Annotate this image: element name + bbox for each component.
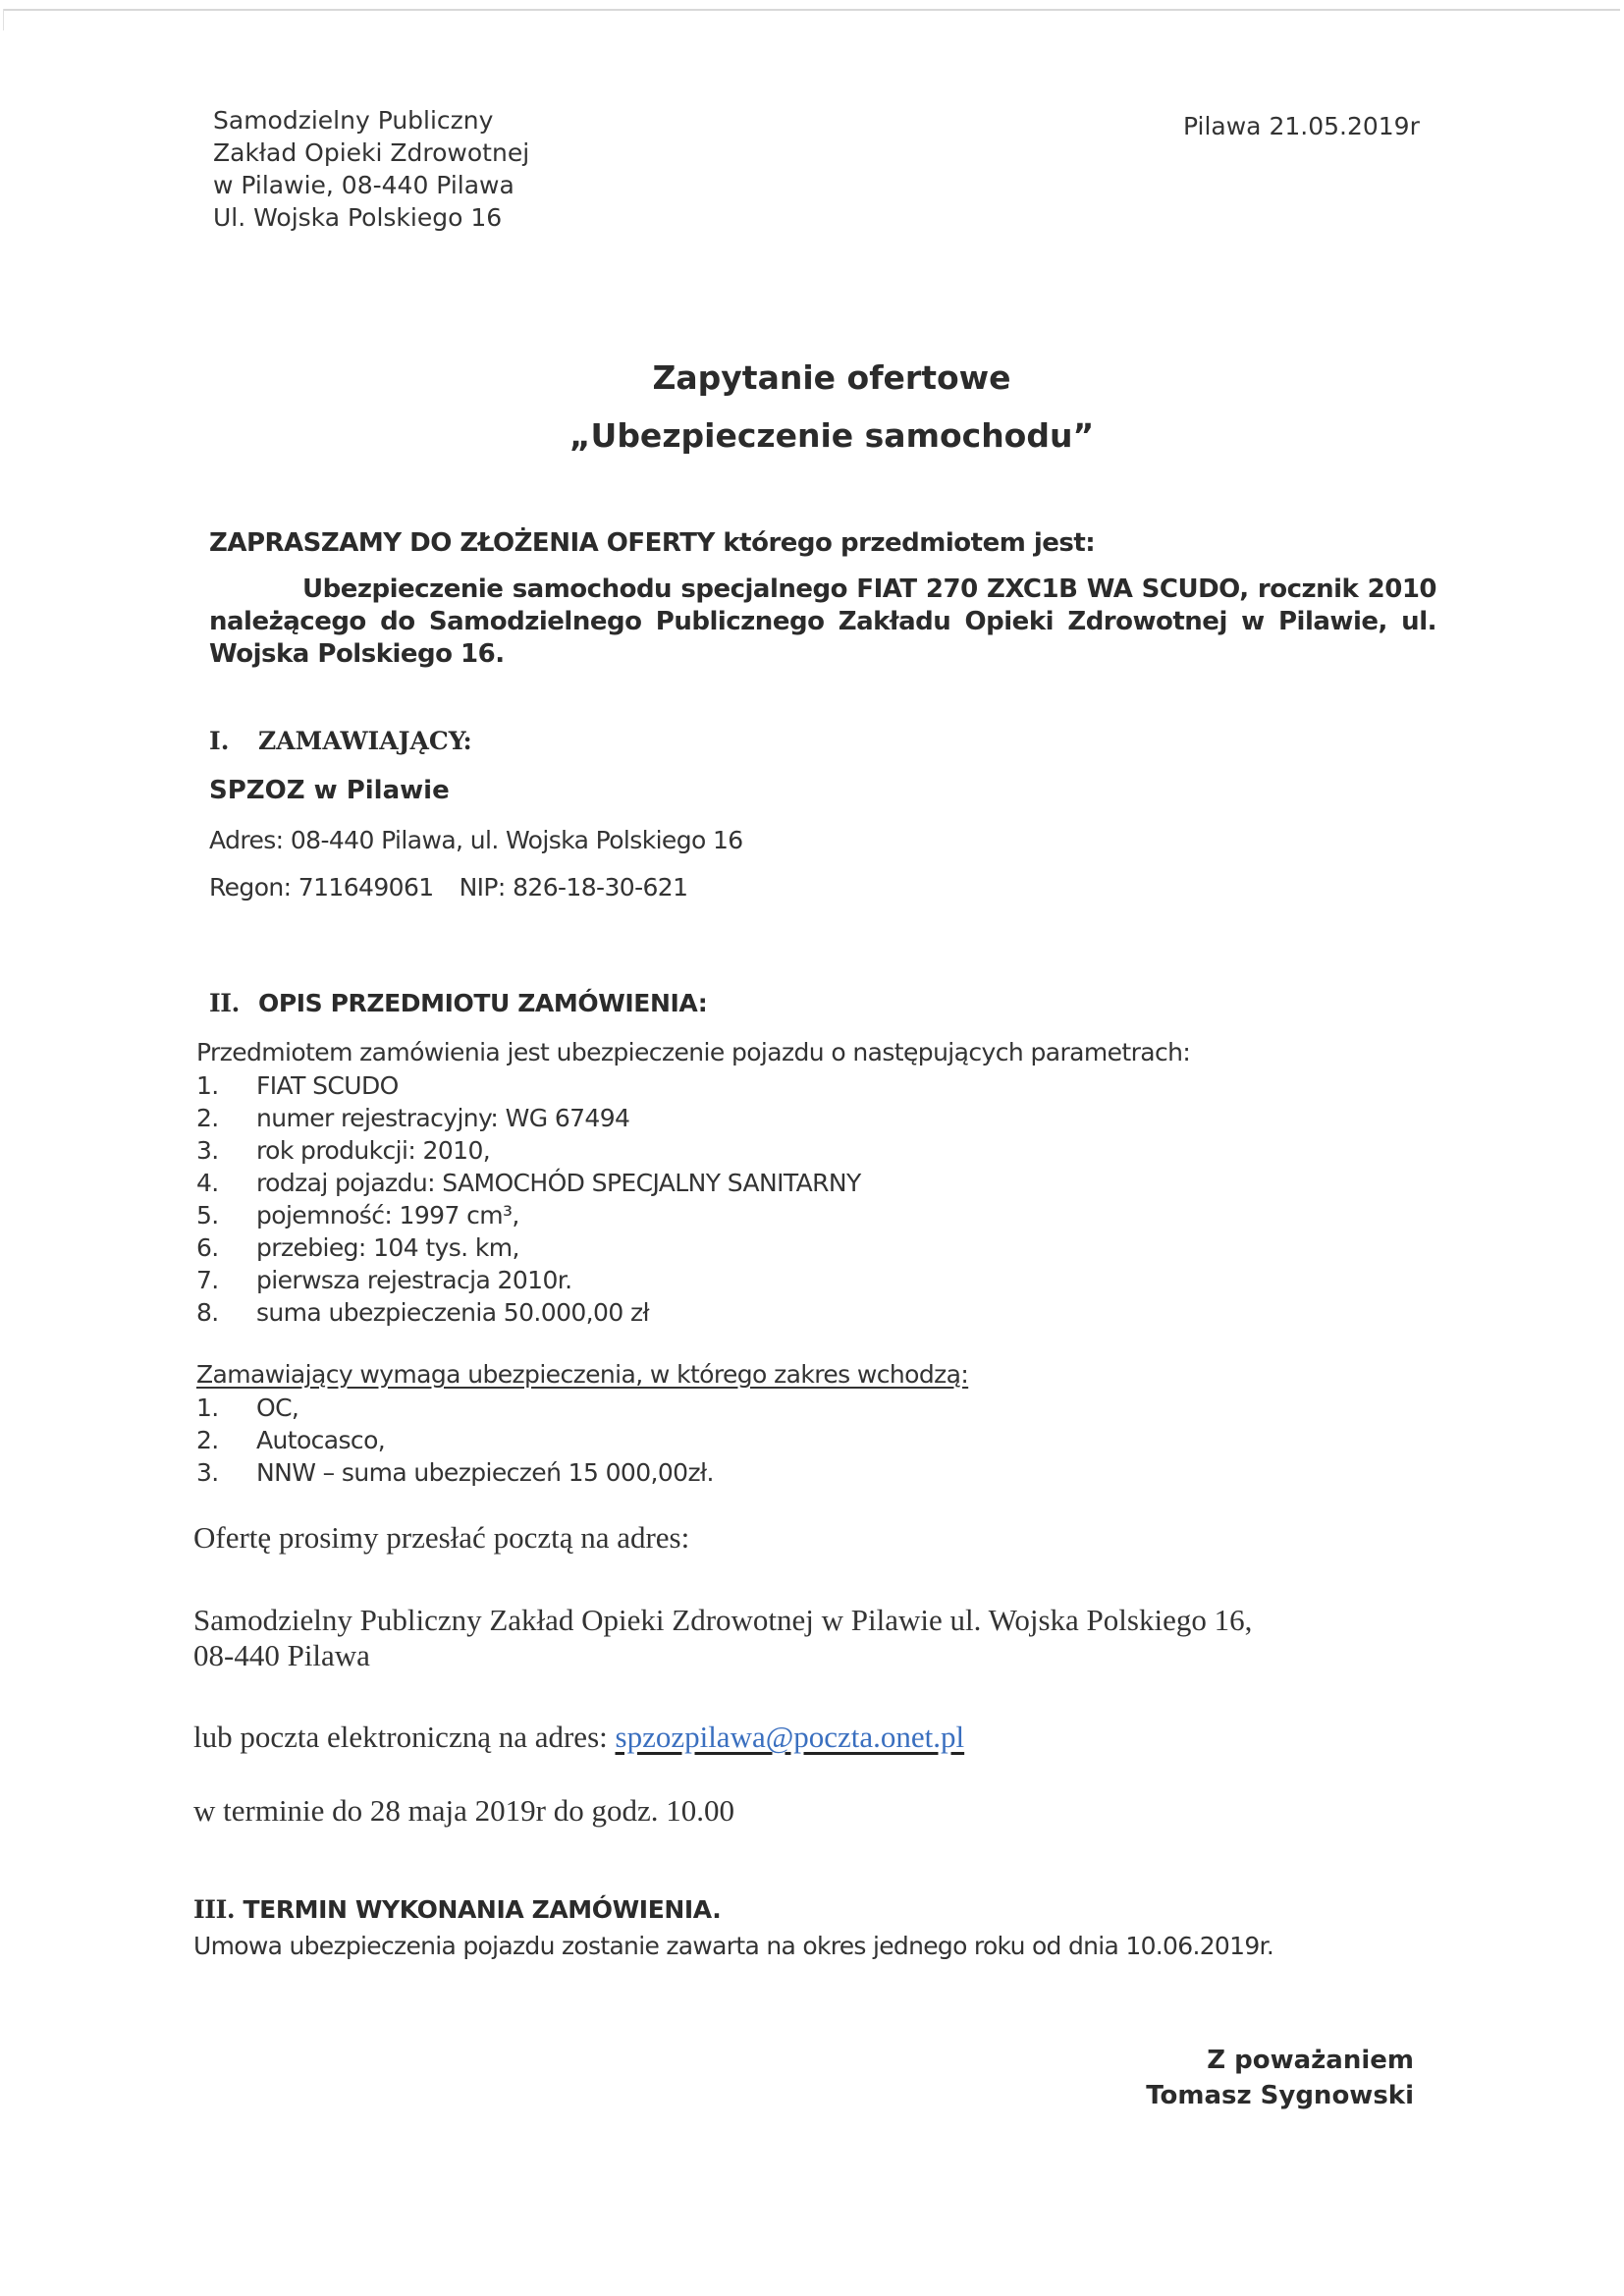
list-item: 2.numer rejestracyjny: WG 67494 [196,1102,861,1134]
sender-address: Samodzielny Publiczny Zakład Opieki Zdro… [213,104,529,234]
list-item: 4.rodzaj pojazdu: SAMOCHÓD SPECJALNY SAN… [196,1167,861,1199]
list-item-text: przebieg: 104 tys. km, [256,1233,519,1262]
list-item: 6.przebieg: 104 tys. km, [196,1231,861,1264]
sender-line: Zakład Opieki Zdrowotnej [213,137,529,169]
section1-numeral: I. [209,727,258,755]
section3-title: TERMIN WYKONANIA ZAMÓWIENIA. [235,1895,721,1924]
list-item: 5.pojemność: 1997 cm³, [196,1199,861,1231]
list-item: 2.Autocasco, [196,1424,714,1456]
signatory-name: Tomasz Sygnowski [1146,2078,1414,2113]
list-item-number: 2. [196,1102,256,1134]
document-title: Zapytanie ofertowe [0,358,1624,397]
scan-edge-left [3,9,4,30]
section2-numeral: II. [209,989,258,1017]
sender-line: Samodzielny Publiczny [213,104,529,137]
insurance-scope-list: 1.OC,2.Autocasco,3.NNW – suma ubezpiecze… [196,1392,714,1489]
list-item: 3.NNW – suma ubezpieczeń 15 000,00zł. [196,1456,714,1489]
list-item: 1.FIAT SCUDO [196,1069,861,1102]
list-item-number: 5. [196,1199,256,1231]
email-prefix: lub poczta elektroniczną na adres: [193,1720,616,1754]
orderer-name: SPZOZ w Pilawie [209,776,450,805]
list-item-number: 6. [196,1231,256,1264]
list-item-number: 1. [196,1392,256,1424]
orderer-address: Adres: 08-440 Pilawa, ul. Wojska Polskie… [209,826,743,854]
subject-paragraph: Ubezpieczenie samochodu specjalnego FIAT… [209,574,1436,671]
orderer-ids: Regon: 711649061NIP: 826-18-30-621 [209,873,687,902]
list-item-number: 4. [196,1167,256,1199]
scope-heading: Zamawiający wymaga ubezpieczenia, w któr… [196,1360,968,1389]
document-date: Pilawa 21.05.2019r [1183,112,1420,140]
document-subtitle: „Ubezpieczenie samochodu” [0,416,1624,455]
list-item-number: 7. [196,1264,256,1296]
section2-heading: II.OPIS PRZEDMIOTU ZAMÓWIENIA: [209,989,707,1017]
closing-greeting: Z poważaniem [1146,2043,1414,2078]
subject-text: Ubezpieczenie samochodu specjalnego FIAT… [209,574,1436,669]
offer-deadline: w terminie do 28 maja 2019r do godz. 10.… [193,1793,734,1829]
list-item: 1.OC, [196,1392,714,1424]
scan-edge [4,9,1620,11]
invitation-heading: ZAPRASZAMY DO ZŁOŻENIA OFERTY którego pr… [209,528,1095,558]
regon: Regon: 711649061 [209,873,434,902]
email-line: lub poczta elektroniczną na adres: spzoz… [193,1720,964,1755]
offer-address: Samodzielny Publiczny Zakład Opieki Zdro… [193,1603,1252,1673]
list-item-text: rodzaj pojazdu: SAMOCHÓD SPECJALNY SANIT… [256,1169,861,1197]
list-item: 8.suma ubezpieczenia 50.000,00 zł [196,1296,861,1329]
sender-line: Ul. Wojska Polskiego 16 [213,201,529,234]
email-link[interactable]: spzozpilawa@poczta.onet.pl [616,1720,965,1754]
list-item-text: FIAT SCUDO [256,1071,399,1100]
section3-text: Umowa ubezpieczenia pojazdu zostanie zaw… [193,1932,1273,1960]
list-item: 7.pierwsza rejestracja 2010r. [196,1264,861,1296]
list-item-text: OC, [256,1394,298,1422]
section1-title: ZAMAWIAJĄCY: [258,727,472,755]
section2-title: OPIS PRZEDMIOTU ZAMÓWIENIA: [258,989,707,1017]
offer-address-line: Samodzielny Publiczny Zakład Opieki Zdro… [193,1603,1252,1638]
list-item-text: pojemność: 1997 cm³, [256,1201,519,1230]
offer-intro: Ofertę prosimy przesłać pocztą na adres: [193,1520,689,1556]
list-item-text: suma ubezpieczenia 50.000,00 zł [256,1298,649,1327]
list-item-number: 3. [196,1134,256,1167]
section1-heading: I.ZAMAWIAJĄCY: [209,727,472,755]
list-item-number: 8. [196,1296,256,1329]
list-item-text: NNW – suma ubezpieczeń 15 000,00zł. [256,1458,714,1487]
list-item-number: 1. [196,1069,256,1102]
sender-line: w Pilawie, 08-440 Pilawa [213,169,529,201]
list-item-text: Autocasco, [256,1426,385,1454]
offer-address-line: 08-440 Pilawa [193,1638,1252,1673]
list-item: 3.rok produkcji: 2010, [196,1134,861,1167]
closing-signature: Z poważaniem Tomasz Sygnowski [1146,2043,1414,2113]
list-item-text: pierwsza rejestracja 2010r. [256,1266,572,1294]
nip: NIP: 826-18-30-621 [460,873,688,902]
section3-numeral: III. [193,1895,235,1924]
section2-intro: Przedmiotem zamówienia jest ubezpieczeni… [196,1038,1190,1066]
list-item-text: numer rejestracyjny: WG 67494 [256,1104,629,1132]
section3-heading: III. TERMIN WYKONANIA ZAMÓWIENIA. [193,1895,721,1924]
list-item-number: 2. [196,1424,256,1456]
vehicle-parameters-list: 1.FIAT SCUDO2.numer rejestracyjny: WG 67… [196,1069,861,1329]
list-item-number: 3. [196,1456,256,1489]
list-item-text: rok produkcji: 2010, [256,1136,490,1165]
